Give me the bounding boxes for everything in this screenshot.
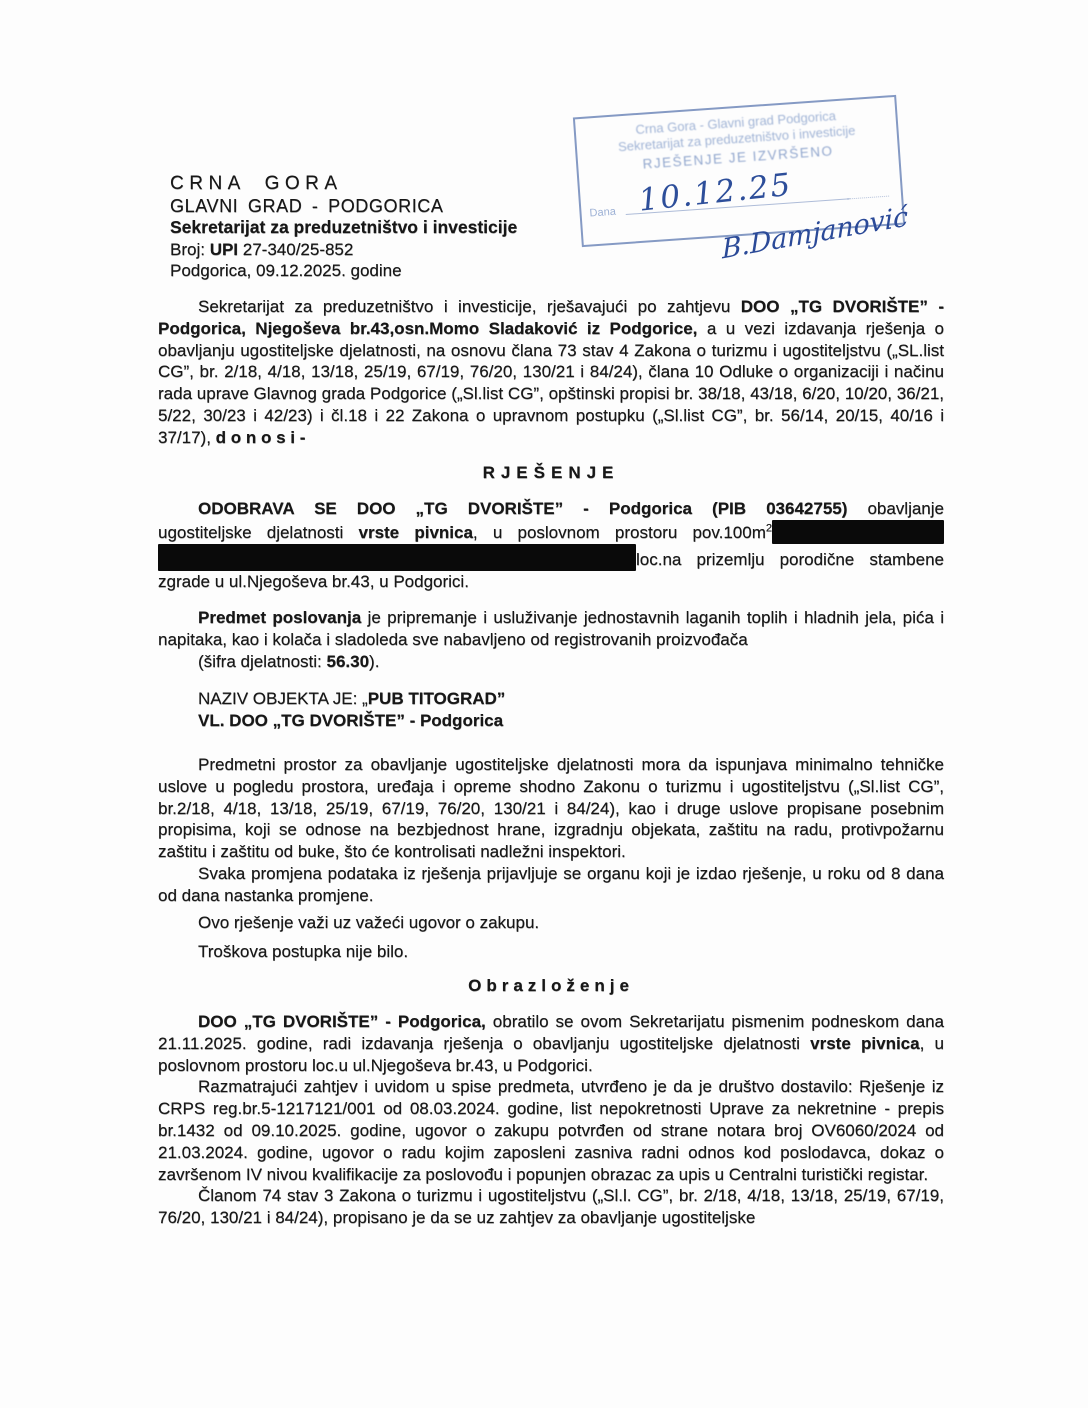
execution-stamp: Crna Gora - Glavni grad Podgorica Sekret… (573, 95, 905, 247)
explanation-paragraph-3: Članom 74 stav 3 Zakona o turizmu i ugos… (158, 1185, 944, 1229)
stamp-handwritten-date: 10.12.25 (637, 167, 794, 219)
letterhead-city: GLAVNI GRAD - PODGORICA (170, 195, 517, 217)
change-notification-paragraph: Svaka promjena podataka iz rješenja prij… (158, 863, 944, 907)
object-name-line: NAZIV OBJEKTA JE: „PUB TITOGRAD” (158, 688, 944, 710)
approval-line-3: loc.na prizemlju porodične stambene (158, 544, 944, 571)
approval-line-1: ODOBRAVA SE DOO „TG DVORIŠTE” - Podgoric… (158, 498, 944, 520)
lease-validity-line: Ovo rješenje važi uz važeći ugovor o zak… (158, 912, 944, 934)
approval-line-2: ugostiteljske djelatnosti vrste pivnica,… (158, 520, 944, 544)
business-subject-paragraph: Predmet poslovanja je pripremanje i uslu… (158, 607, 944, 651)
letterhead: CRNA GORA GLAVNI GRAD - PODGORICA Sekret… (170, 172, 517, 282)
owner-line: VL. DOO „TG DVORIŠTE” - Podgorica (158, 710, 944, 732)
approval-line-4: zgrade u ul.Njegoševa br.43, u Podgorici… (158, 571, 944, 593)
costs-line: Troškova postupka nije bilo. (158, 941, 944, 963)
stamp-date-label: Dana (589, 206, 616, 220)
redaction-bar (772, 520, 944, 544)
decision-heading: RJEŠENJE (158, 462, 944, 484)
activity-code-line: (šifra djelatnosti: 56.30). (158, 651, 944, 673)
document-page: CRNA GORA GLAVNI GRAD - PODGORICA Sekret… (0, 0, 1088, 1408)
intro-paragraph: Sekretarijat za preduzetništvo i investi… (158, 296, 944, 449)
letterhead-country: CRNA GORA (170, 172, 517, 195)
document-body: Sekretarijat za preduzetništvo i investi… (158, 296, 944, 1229)
premises-requirements-paragraph: Predmetni prostor za obavljanje ugostite… (158, 754, 944, 863)
redaction-bar (158, 544, 636, 571)
explanation-heading: Obrazloženje (158, 975, 944, 997)
letterhead-case-number: Broj: UPI 27-340/25-852 (170, 239, 517, 261)
letterhead-place-date: Podgorica, 09.12.2025. godine (170, 260, 517, 282)
explanation-paragraph-2: Razmatrajući zahtjev i uvidom u spise pr… (158, 1076, 944, 1185)
letterhead-department: Sekretarijat za preduzetništvo i investi… (170, 217, 517, 239)
explanation-paragraph-1: DOO „TG DVORIŠTE” - Podgorica, obratilo … (158, 1011, 944, 1076)
